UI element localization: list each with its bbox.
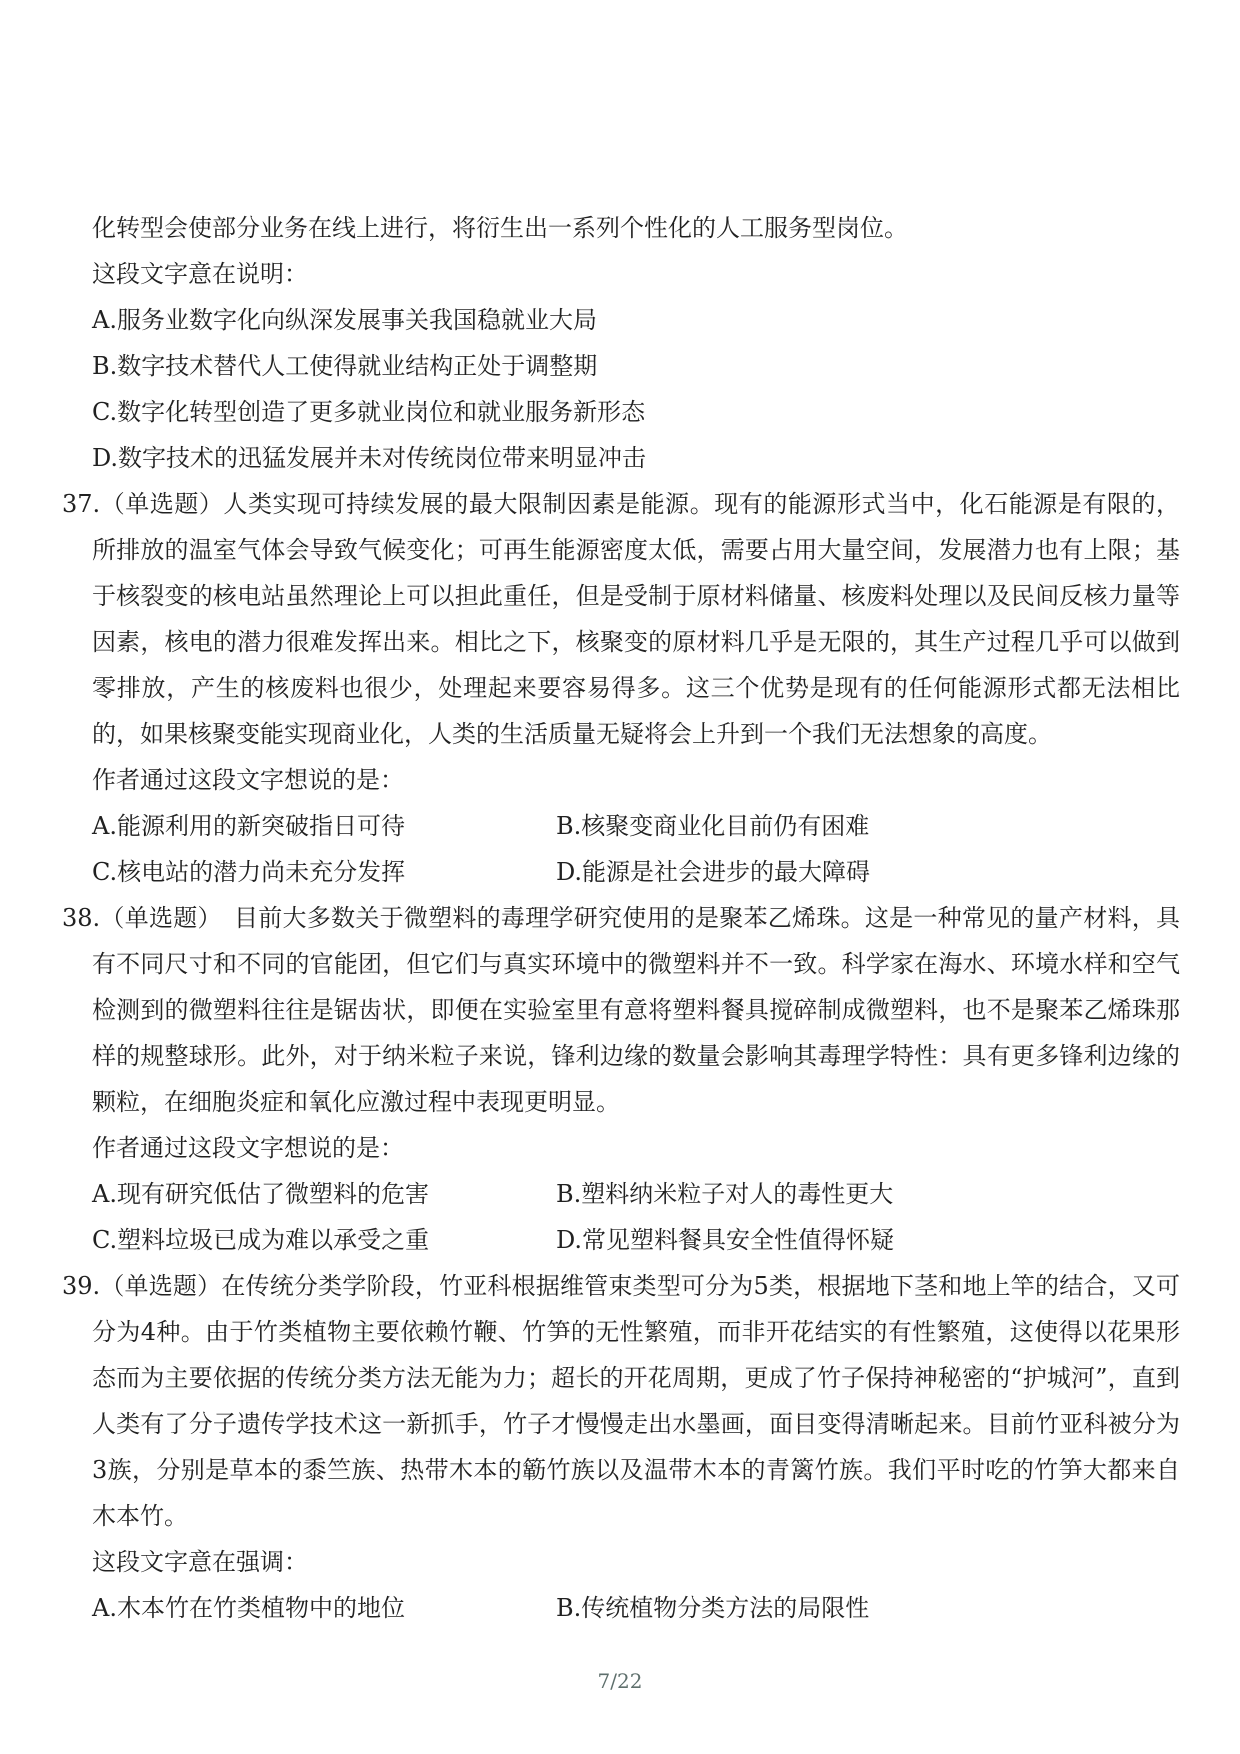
question-37-text: 人类实现可持续发展的最大限制因素是能源。现有的能源形式当中，化石能源是有限的，所… — [92, 490, 1180, 748]
question-39-option-a: A.木本竹在竹类植物中的地位 — [92, 1585, 556, 1631]
question-37: 37.（单选题）人类实现可持续发展的最大限制因素是能源。现有的能源形式当中，化石… — [92, 481, 1180, 895]
question-39-stem: 这段文字意在强调： — [92, 1539, 1180, 1585]
question-39-body: 39.（单选题）在传统分类学阶段，竹亚科根据维管束类型可分为5类，根据地下茎和地… — [92, 1263, 1180, 1539]
page-number: 7/22 — [598, 1669, 643, 1693]
question-37-option-a: A.能源利用的新突破指日可待 — [92, 803, 556, 849]
question-38-stem: 作者通过这段文字想说的是： — [92, 1125, 1180, 1171]
exam-content: 化转型会使部分业务在线上进行，将衍生出一系列个性化的人工服务型岗位。 这段文字意… — [92, 205, 1180, 1631]
question-37-body: 37.（单选题）人类实现可持续发展的最大限制因素是能源。现有的能源形式当中，化石… — [92, 481, 1180, 757]
question-37-number: 37. — [62, 490, 100, 518]
question-36-option-c: C.数字化转型创造了更多就业岗位和就业服务新形态 — [92, 389, 1180, 435]
page-footer: 7/22 — [0, 1666, 1240, 1696]
question-37-type-label: （单选题） — [100, 490, 223, 518]
question-36-option-a: A.服务业数字化向纵深发展事关我国稳就业大局 — [92, 297, 1180, 343]
question-38-type-label: （单选题） — [100, 904, 210, 932]
question-37-option-d: D.能源是社会进步的最大障碍 — [556, 849, 1180, 895]
question-37-options-row-1: A.能源利用的新突破指日可待 B.核聚变商业化目前仍有困难 — [92, 803, 1180, 849]
question-36-continued: 化转型会使部分业务在线上进行，将衍生出一系列个性化的人工服务型岗位。 这段文字意… — [92, 205, 1180, 481]
question-39-text: 在传统分类学阶段，竹亚科根据维管束类型可分为5类，根据地下茎和地上竿的结合，又可… — [92, 1272, 1180, 1530]
question-38-text: 目前大多数关于微塑料的毒理学研究使用的是聚苯乙烯珠。这是一种常见的量产材料，具有… — [92, 904, 1180, 1116]
question-38-body: 38.（单选题） 目前大多数关于微塑料的毒理学研究使用的是聚苯乙烯珠。这是一种常… — [92, 895, 1180, 1125]
question-36-tail-text: 化转型会使部分业务在线上进行，将衍生出一系列个性化的人工服务型岗位。 — [92, 205, 1180, 251]
question-39-option-b: B.传统植物分类方法的局限性 — [556, 1585, 1180, 1631]
question-38-option-a: A.现有研究低估了微塑料的危害 — [92, 1171, 556, 1217]
question-38-number: 38. — [62, 904, 100, 932]
question-37-options-row-2: C.核电站的潜力尚未充分发挥 D.能源是社会进步的最大障碍 — [92, 849, 1180, 895]
question-39-options-row-1: A.木本竹在竹类植物中的地位 B.传统植物分类方法的局限性 — [92, 1585, 1180, 1631]
question-38: 38.（单选题） 目前大多数关于微塑料的毒理学研究使用的是聚苯乙烯珠。这是一种常… — [92, 895, 1180, 1263]
question-38-option-d: D.常见塑料餐具安全性值得怀疑 — [556, 1217, 1180, 1263]
question-38-options-row-1: A.现有研究低估了微塑料的危害 B.塑料纳米粒子对人的毒性更大 — [92, 1171, 1180, 1217]
question-39-number: 39. — [62, 1272, 100, 1300]
question-36-option-b: B.数字技术替代人工使得就业结构正处于调整期 — [92, 343, 1180, 389]
question-39: 39.（单选题）在传统分类学阶段，竹亚科根据维管束类型可分为5类，根据地下茎和地… — [92, 1263, 1180, 1631]
question-37-option-c: C.核电站的潜力尚未充分发挥 — [92, 849, 556, 895]
question-37-stem: 作者通过这段文字想说的是： — [92, 757, 1180, 803]
question-37-option-b: B.核聚变商业化目前仍有困难 — [556, 803, 1180, 849]
question-38-option-c: C.塑料垃圾已成为难以承受之重 — [92, 1217, 556, 1263]
document-page: 化转型会使部分业务在线上进行，将衍生出一系列个性化的人工服务型岗位。 这段文字意… — [0, 0, 1240, 1754]
question-36-stem: 这段文字意在说明： — [92, 251, 1180, 297]
question-38-options-row-2: C.塑料垃圾已成为难以承受之重 D.常见塑料餐具安全性值得怀疑 — [92, 1217, 1180, 1263]
question-38-option-b: B.塑料纳米粒子对人的毒性更大 — [556, 1171, 1180, 1217]
question-39-type-label: （单选题） — [100, 1272, 221, 1300]
question-36-option-d: D.数字技术的迅猛发展并未对传统岗位带来明显冲击 — [92, 435, 1180, 481]
